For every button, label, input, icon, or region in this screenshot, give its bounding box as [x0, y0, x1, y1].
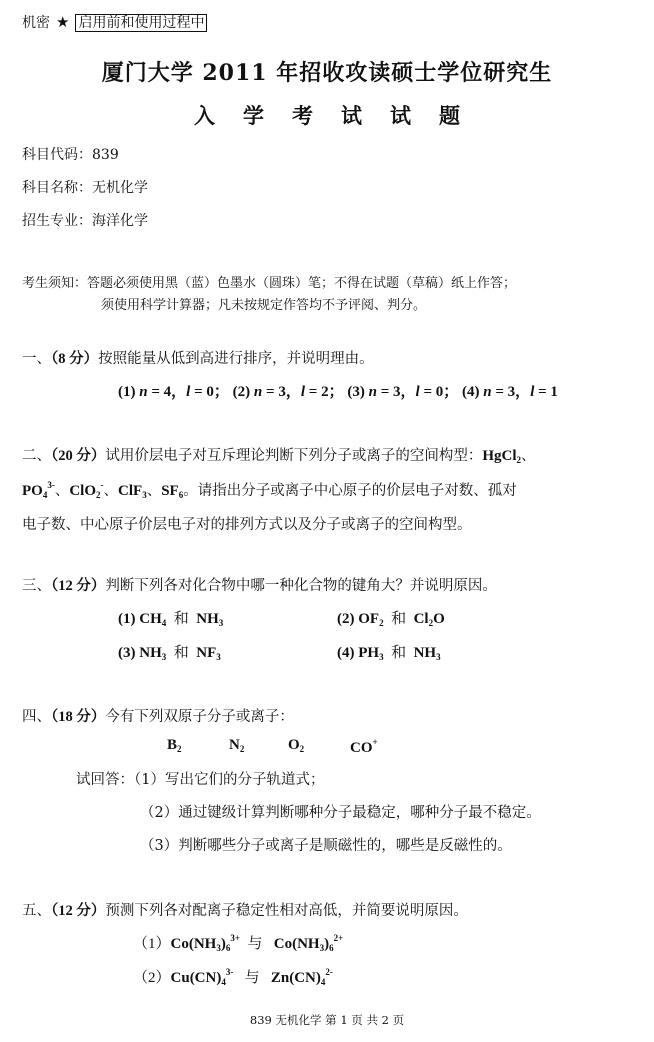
q2-points: （20 分）	[51, 448, 105, 464]
subject-code-label: 科目代码：	[22, 147, 92, 163]
species-clo2: ClO2-	[69, 483, 103, 499]
q4-sub3: （3）判断哪些分子或离子是顺磁性的，哪些是反磁性的。	[140, 834, 512, 855]
q5-pair-2: （2）Cu(CN)43- 与 Zn(CN)42-	[133, 966, 333, 987]
species-n2: N2	[229, 737, 244, 754]
q3-pair-3: (3) NH3 和 NF3	[118, 641, 221, 662]
species-b2: B2	[167, 737, 182, 754]
subject-name: 科目名称：无机化学	[22, 177, 148, 197]
question-2: 二、（20 分）试用价层电子对互斥理论判断下列分子或离子的空间构型：HgCl2、	[22, 444, 536, 465]
species-co-plus: CO+	[350, 737, 378, 757]
q5-pair-1: （1）Co(NH3)63+ 与 Co(NH3)62+	[133, 932, 343, 953]
question-5: 五、（12 分）预测下列各对配离子稳定性相对高低，并简要说明原因。	[22, 899, 468, 920]
q3-pair-4: (4) PH3 和 NH3	[337, 641, 441, 662]
q4-text: 今有下列双原子分子或离子：	[105, 709, 294, 725]
major-value: 海洋化学	[92, 213, 148, 229]
q2-text: 试用价层电子对互斥理论判断下列分子或离子的空间构型：	[105, 448, 482, 464]
q1-items: (1) n = 4，l = 0； (2) n = 3，l = 2； (3) n …	[118, 380, 558, 401]
species-o2: O2	[288, 737, 304, 754]
species-hgcl2: HgCl2	[482, 448, 521, 464]
subject-name-value: 无机化学	[92, 180, 148, 196]
q4-sub2: （2）通过键级计算判断哪种分子最稳定，哪种分子最不稳定。	[140, 801, 541, 822]
question-4: 四、（18 分）今有下列双原子分子或离子：	[22, 705, 294, 726]
species-sf6: SF6	[161, 483, 183, 499]
q1-points: （8 分）	[51, 351, 98, 367]
q2-text-b: 。请指出分子或离子中心原子的价层电子对数、孤对	[183, 483, 517, 499]
subject-name-label: 科目名称：	[22, 180, 92, 196]
q1-number: 一、	[22, 351, 51, 367]
major: 招生专业：海洋化学	[22, 210, 148, 230]
q3-pair-1: (1) CH4 和 NH3	[118, 607, 223, 628]
subject-code: 科目代码：839	[22, 144, 119, 164]
q5-number: 五、	[22, 903, 51, 919]
q4-number: 四、	[22, 709, 51, 725]
exam-subtitle: 入学考试试题	[0, 100, 654, 130]
question-2-line3: 电子数、中心原子价层电子对的排列方式以及分子或离子的空间构型。	[22, 513, 472, 534]
species-clf3: ClF3	[118, 483, 147, 499]
notice-line2: 须使用科学计算器；凡未按规定作答均不予评阅、判分。	[101, 294, 426, 313]
star-icon: ★	[56, 13, 69, 31]
q3-text: 判断下列各对化合物中哪一种化合物的键角大？并说明原因。	[105, 578, 497, 594]
q3-number: 三、	[22, 578, 51, 594]
page-footer: 839 无机化学 第 1 页 共 2 页	[0, 1012, 654, 1028]
confidential-mark: 机密★启用前和使用过程中	[22, 12, 207, 32]
notice-text1: 答题必须使用黑（蓝）色墨水（圆珠）笔；不得在试题（草稿）纸上作答；	[87, 276, 516, 291]
exam-title: 厦门大学 2011 年招收攻读硕士学位研究生	[0, 56, 654, 87]
q4-sub1: 试回答：（1）写出它们的分子轨道式；	[76, 768, 324, 789]
notice-label: 考生须知：	[22, 276, 87, 291]
subject-code-value: 839	[92, 147, 119, 163]
major-label: 招生专业：	[22, 213, 92, 229]
q2-number: 二、	[22, 448, 51, 464]
q3-pair-2: (2) OF2 和 Cl2O	[337, 607, 445, 628]
question-2-line2: PO43-、ClO2-、ClF3、SF6。请指出分子或离子中心原子的价层电子对数…	[22, 479, 517, 500]
q5-points: （12 分）	[51, 903, 105, 919]
q5-text: 预测下列各对配离子稳定性相对高低，并简要说明原因。	[105, 903, 468, 919]
q1-text: 按照能量从低到高进行排序，并说明理由。	[98, 351, 374, 367]
notice-line1: 考生须知：答题必须使用黑（蓝）色墨水（圆珠）笔；不得在试题（草稿）纸上作答；	[22, 272, 516, 291]
q4-points: （18 分）	[51, 709, 105, 725]
q3-points: （12 分）	[51, 578, 105, 594]
species-po4: PO43-	[22, 483, 55, 499]
secret-box: 启用前和使用过程中	[75, 14, 207, 32]
question-1: 一、（8 分）按照能量从低到高进行排序，并说明理由。	[22, 347, 374, 368]
question-3: 三、（12 分）判断下列各对化合物中哪一种化合物的键角大？并说明原因。	[22, 574, 497, 595]
secret-label: 机密	[22, 15, 50, 31]
